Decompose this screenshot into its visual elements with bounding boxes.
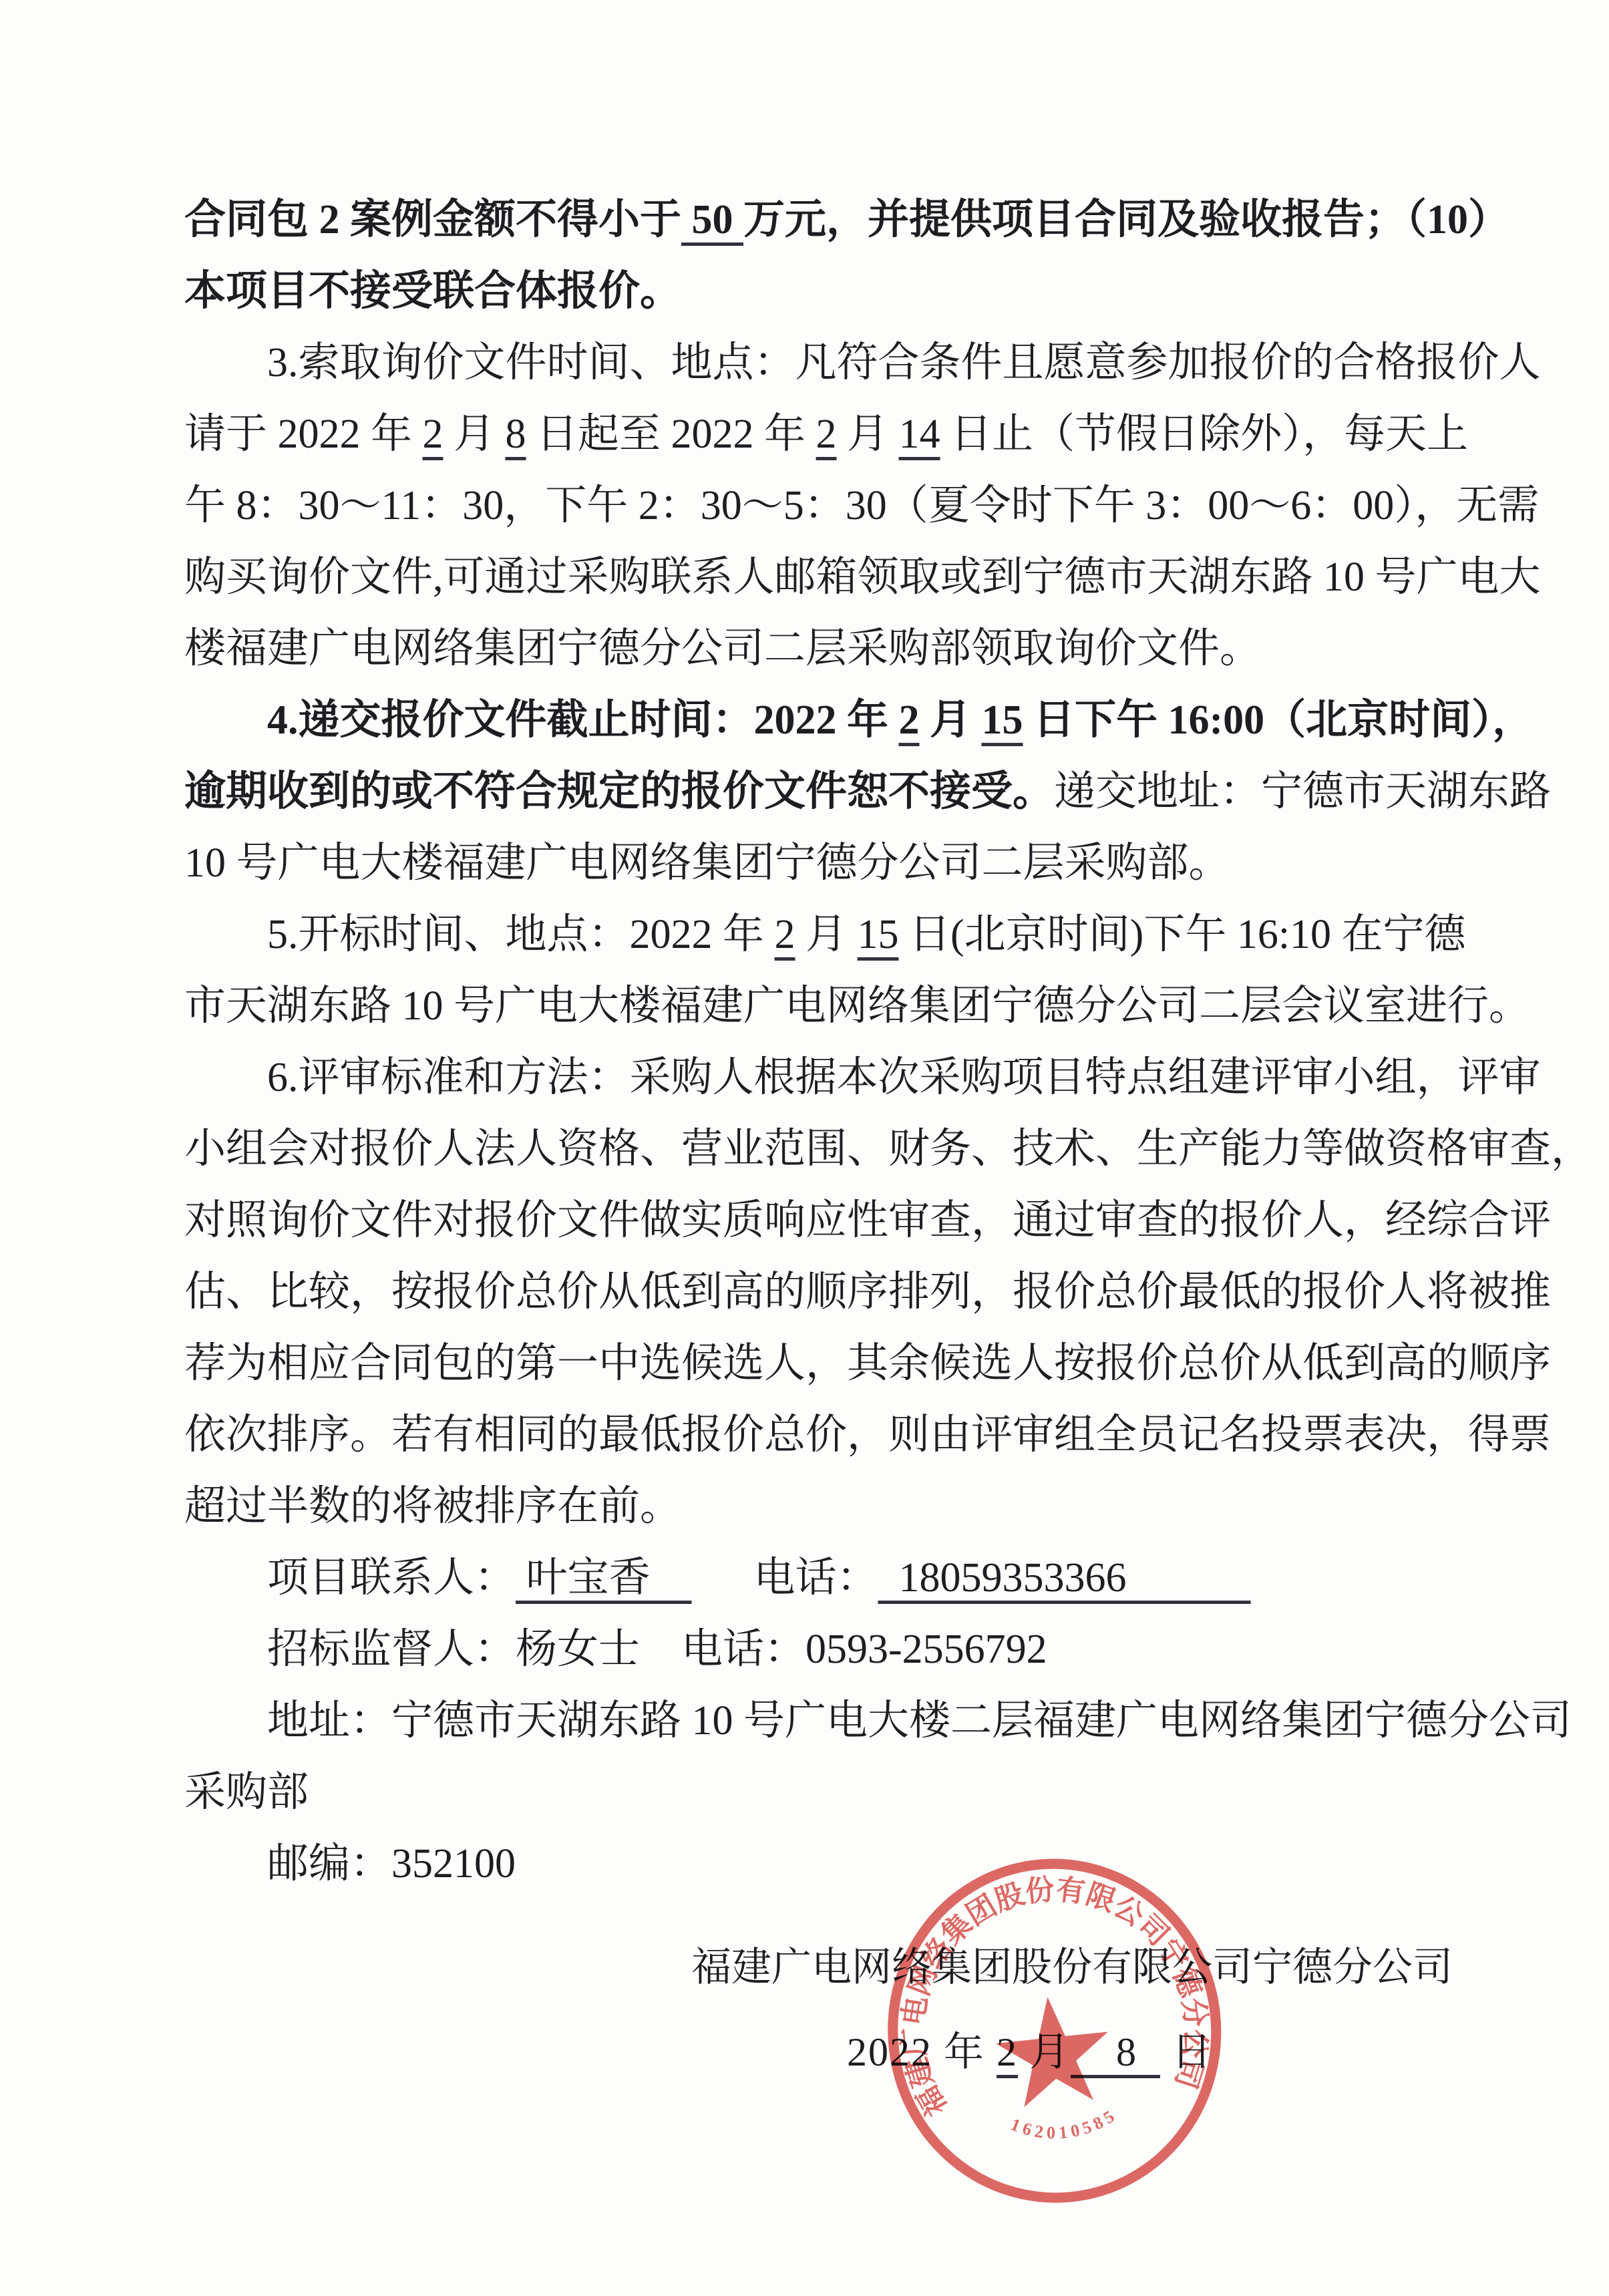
text-segment: 楼福建广电网络集团宁德分公司二层采购部领取询价文件。 [184,626,1261,671]
text-segment: 采购部 [184,1770,309,1815]
text-segment: 万元，并提供项目合同及验收报告；（10） [743,197,1509,242]
text-segment: 递交地址：宁德市天湖东路 [1054,769,1551,814]
text-segment: 日止（节假日除外），每天上 [940,412,1469,457]
text-segment: 14 [899,412,940,457]
text-segment: 4.递交报价文件截止时间：2022 年 [267,697,899,743]
text-segment: 5.开标时间、地点：2022 年 [267,912,775,957]
text-segment: 8 [506,412,526,457]
text-segment: 市天湖东路 10 号广电大楼福建广电网络集团宁德分公司二层会议室进行。 [184,983,1530,1029]
text-segment: 6.评审标准和方法：采购人根据本次采购项目特点组建评审小组，评审 [267,1055,1541,1100]
document-page: 合同包 2 案例金额不得小于 50 万元，并提供项目合同及验收报告；（10）本项… [0,0,1609,2296]
text-line: 请于 2022 年 2 月 8 日起至 2022 年 2 月 14 日止（节假日… [184,399,1450,470]
text-segment: 月 [920,697,982,743]
text-line: 购买询价文件,可通过采购联系人邮箱领取或到宁德市天湖东路 10 号广电大 [184,542,1450,613]
seal-star [992,1991,1115,2110]
text-segment: 购买询价文件,可通过采购联系人邮箱领取或到宁德市天湖东路 10 号广电大 [184,554,1541,600]
text-segment: 依次排序。若有相同的最低报价总价，则由评审组全员记名投票表决，得票 [184,1412,1551,1458]
text-line: 6.评审标准和方法：采购人根据本次采购项目特点组建评审小组，评审 [184,1042,1450,1114]
text-line: 3.索取询价文件时间、地点：凡符合条件且愿意参加报价的合格报价人 [184,327,1450,399]
text-line: 招标监督人：杨女士 电话：0593-2556792 [184,1614,1450,1685]
text-segment: 15 [982,697,1023,743]
text-line: 楼福建广电网络集团宁德分公司二层采购部领取询价文件。 [184,613,1450,685]
text-segment: 对照询价文件对报价文件做实质响应性审查，通过审查的报价人，经综合评 [184,1198,1551,1243]
text-line: 荐为相应合同包的第一中选候选人，其余候选人按报价总价从低到高的顺序 [184,1328,1450,1400]
text-line: 项目联系人： 叶宝香 电话： 18059353366 [184,1542,1450,1614]
text-segment: 2 [899,697,920,743]
text-line: 本项目不接受联合体报价。 [184,256,1450,327]
document-body: 合同包 2 案例金额不得小于 50 万元，并提供项目合同及验收报告；（10）本项… [184,184,1450,1900]
text-segment: 2 [775,912,795,957]
text-line: 5.开标时间、地点：2022 年 2 月 15 日(北京时间)下午 16:10 … [184,899,1450,971]
text-segment: 月 [837,412,899,457]
text-segment: 小组会对报价人法人资格、营业范围、财务、技术、生产能力等做资格审查， [184,1126,1592,1172]
text-line: 市天湖东路 10 号广电大楼福建广电网络集团宁德分公司二层会议室进行。 [184,971,1450,1042]
text-line: 对照询价文件对报价文件做实质响应性审查，通过审查的报价人，经综合评 [184,1185,1450,1257]
text-segment: 叶宝香 [516,1555,692,1601]
text-segment: 本项目不接受联合体报价。 [184,269,681,314]
text-segment: 合同包 2 案例金额不得小于 [184,197,681,242]
text-segment: 10 号广电大楼福建广电网络集团宁德分公司二层采购部。 [184,840,1230,886]
text-segment: 地址：宁德市天湖东路 10 号广电大楼二层福建广电网络集团宁德分公司 [267,1698,1572,1744]
text-segment: 超过半数的将被排序在前。 [184,1484,681,1529]
company-seal: 福建广电网络集团股份有限公司宁德分公司 162010585 [866,1839,1244,2226]
text-segment: 2 [423,412,443,457]
text-line: 逾期收到的或不符合规定的报价文件恕不接受。递交地址：宁德市天湖东路 [184,756,1450,828]
text-line: 小组会对报价人法人资格、营业范围、财务、技术、生产能力等做资格审查， [184,1114,1450,1185]
text-line: 超过半数的将被排序在前。 [184,1471,1450,1542]
text-segment: 18059353366 [878,1555,1251,1601]
text-segment: 请于 2022 年 [184,412,423,457]
text-line: 邮编：352100 [184,1828,1450,1900]
text-segment: 50 [681,197,743,242]
text-segment: 逾期收到的或不符合规定的报价文件恕不接受。 [184,769,1054,814]
text-segment: 招标监督人：杨女士 电话：0593-2556792 [267,1627,1047,1672]
seal-number: 162010585 [1006,2104,1123,2148]
text-segment: 午 8：30～11：30，下午 2：30～5：30（夏令时下午 3：00～6：0… [184,483,1539,528]
text-segment: 项目联系人： [267,1555,516,1601]
text-segment: 电话： [692,1555,878,1601]
text-segment: 日(北京时间)下午 16:10 在宁德 [899,912,1466,957]
text-line: 合同包 2 案例金额不得小于 50 万元，并提供项目合同及验收报告；（10） [184,184,1450,256]
text-segment: 荐为相应合同包的第一中选候选人，其余候选人按报价总价从低到高的顺序 [184,1341,1551,1386]
text-segment: 2 [816,412,837,457]
text-segment: 15 [858,912,899,957]
text-segment: 日下午 16:00（北京时间）， [1023,697,1534,743]
text-line: 4.递交报价文件截止时间：2022 年 2 月 15 日下午 16:00（北京时… [184,685,1450,756]
text-line: 地址：宁德市天湖东路 10 号广电大楼二层福建广电网络集团宁德分公司 [184,1685,1450,1757]
text-segment: 月 [795,912,858,957]
text-segment: 月 [443,412,506,457]
text-line: 午 8：30～11：30，下午 2：30～5：30（夏令时下午 3：00～6：0… [184,470,1450,542]
text-segment: 日起至 2022 年 [526,412,816,457]
text-line: 采购部 [184,1757,1450,1828]
text-line: 依次排序。若有相同的最低报价总价，则由评审组全员记名投票表决，得票 [184,1400,1450,1471]
text-line: 10 号广电大楼福建广电网络集团宁德分公司二层采购部。 [184,828,1450,899]
text-segment: 3.索取询价文件时间、地点：凡符合条件且愿意参加报价的合格报价人 [267,340,1541,385]
text-segment: 估、比较，按报价总价从低到高的顺序排列，报价总价最低的报价人将被推 [184,1269,1551,1315]
text-segment: 邮编：352100 [267,1841,516,1887]
text-line: 估、比较，按报价总价从低到高的顺序排列，报价总价最低的报价人将被推 [184,1257,1450,1328]
